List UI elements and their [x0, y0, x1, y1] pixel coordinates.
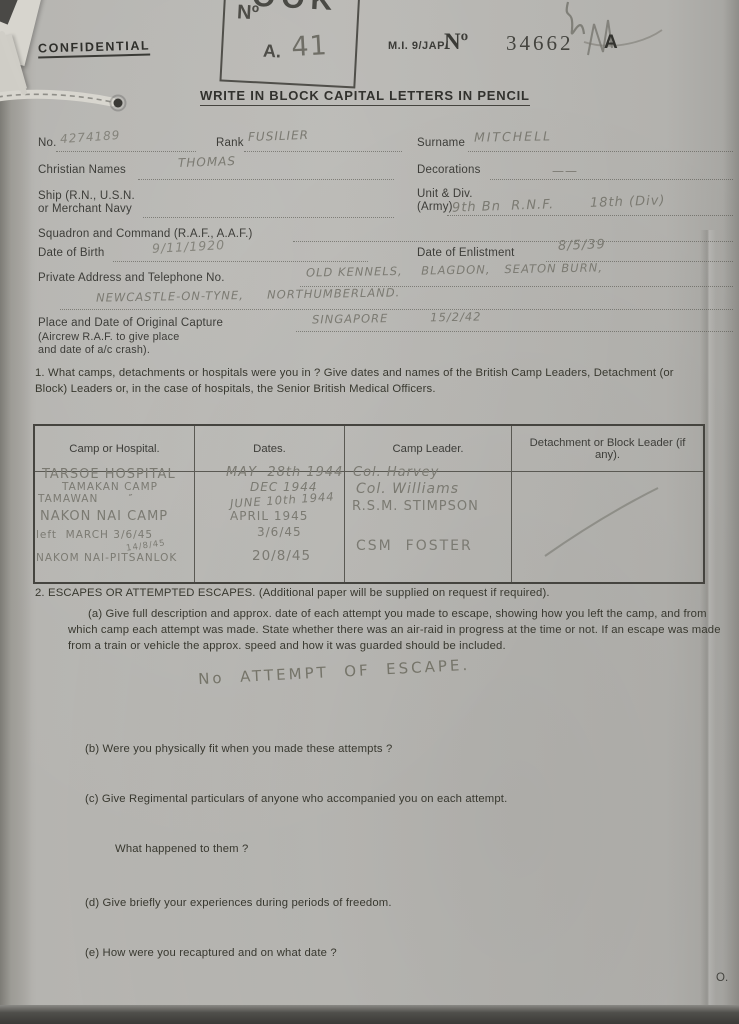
leader-entry: CSM FOSTER — [356, 538, 473, 554]
camp-entry: TAMAWAN ″ — [38, 493, 134, 505]
question-2b: (b) Were you physically fit when you mad… — [85, 742, 685, 758]
date-entry: MAY 28th 1944 — [226, 465, 343, 480]
confidential-marking: CONFIDENTIAL — [38, 39, 151, 59]
question-2c-followup: What happened to them ? — [115, 842, 515, 858]
stamp-number-handwritten: 41 — [291, 30, 329, 63]
address-value-line1: OLD KENNELS, BLAGDON, SEATON BURN, — [306, 260, 603, 279]
string-frayed-end — [2, 34, 24, 92]
confidential-text: CONFIDENTIAL — [38, 39, 151, 56]
torn-corner-paper-2 — [0, 34, 27, 97]
camp-entry: NAKON NAI CAMP — [40, 509, 168, 524]
date-of-birth-value: 9/11/1920 — [152, 237, 226, 256]
pencil-scribble-icon — [567, 2, 584, 34]
decorations-label: Decorations — [417, 164, 481, 176]
date-of-enlistment-value: 8/5/39 — [558, 237, 606, 254]
capture-value: SINGAPORE 15/2/42 — [312, 310, 482, 327]
rank-value: FUSILIER — [248, 128, 309, 144]
bottom-scan-band — [0, 1005, 739, 1024]
unit-div-label-line2: (Army) — [417, 201, 453, 213]
page-corner-mark: O. — [716, 972, 728, 984]
date-entry: 20/8/45 — [252, 548, 311, 564]
address-value-line2: NEWCASTLE-ON-TYNE, NORTHUMBERLAND. — [96, 285, 400, 304]
left-edge-shadow — [0, 0, 32, 1024]
question-2-heading: 2. ESCAPES OR ATTEMPTED ESCAPES. (Additi… — [35, 586, 705, 602]
pow-questionnaire-scan: CONFIDENTIAL Nº A. 41 OOK M.I. 9/JAP/ Nº… — [0, 0, 739, 1024]
date-entry: 3/6/45 — [257, 525, 302, 539]
capture-note-line1: (Aircrew R.A.F. to give place — [38, 331, 179, 343]
date-of-enlistment-label: Date of Enlistment — [417, 247, 515, 259]
string — [0, 94, 112, 102]
camp-entry: NAKOM NAI-PITSANLOK — [36, 552, 177, 564]
question-1: 1. What camps, detachments or hospitals … — [35, 366, 707, 398]
torn-corner-dark-notch — [0, 0, 19, 25]
no-label: No. — [38, 137, 57, 149]
punch-hole — [114, 99, 123, 108]
capture-note-line2: and date of a/c crash). — [38, 344, 150, 356]
col-header-camp: Camp or Hospital. — [35, 426, 195, 472]
ship-label-line1: Ship (R.N., U.S.N. — [38, 190, 135, 202]
camp-entry: TARSOE HOSPITAL — [42, 467, 176, 482]
right-edge-shadow — [723, 0, 739, 1024]
capture-label: Place and Date of Original Capture — [38, 317, 223, 329]
date-entry: APRIL 1945 — [230, 509, 308, 523]
question-2a: (a) Give full description and approx. da… — [68, 607, 724, 654]
christian-names-value: THOMAS — [178, 154, 236, 170]
decorations-value: —— — [552, 164, 578, 178]
christian-names-label: Christian Names — [38, 164, 126, 176]
file-no-symbol: Nº — [444, 29, 468, 55]
file-suffix: A — [604, 32, 618, 54]
date-of-birth-label: Date of Birth — [38, 247, 105, 259]
leader-entry: Col. Williams — [356, 481, 459, 497]
question-2c: (c) Give Regimental particulars of anyon… — [85, 792, 685, 808]
question-2d: (d) Give briefly your experiences during… — [85, 896, 685, 912]
camp-entry: left MARCH 3/6/45 — [36, 529, 153, 541]
unit-div-value: 9th Bn R.N.F. 18th (Div) — [452, 193, 666, 215]
pencil-scribble-curve — [584, 30, 662, 46]
ship-label-line2: or Merchant Navy — [38, 203, 132, 215]
form-title-text: WRITE IN BLOCK CAPITAL LETTERS IN PENCIL — [200, 88, 530, 103]
col-header-detachment: Detachment or Block Leader (if any). — [512, 426, 703, 472]
camp-entry: TAMAKAN CAMP — [62, 481, 158, 493]
surname-value: MITCHELL — [474, 128, 552, 144]
punch-hole-ring — [111, 96, 126, 111]
rank-label: Rank — [216, 137, 244, 149]
form-title: WRITE IN BLOCK CAPITAL LETTERS IN PENCIL — [200, 88, 530, 106]
file-number: 34662 — [506, 31, 574, 56]
detachment-column-body — [512, 472, 703, 582]
stamp-a-label: A. — [263, 41, 282, 63]
string-twist — [0, 94, 112, 102]
torn-corner-paper — [0, 0, 42, 66]
question-2e: (e) How were you recaptured and on what … — [85, 946, 685, 962]
no-value: 4274189 — [60, 128, 121, 146]
unit-div-label-line1: Unit & Div. — [417, 188, 473, 200]
private-address-label: Private Address and Telephone No. — [38, 272, 225, 284]
leader-entry: Col. Harvey — [353, 465, 439, 480]
leader-entry: R.S.M. STIMPSON — [352, 499, 479, 514]
escape-answer-handwritten: No ATTEMPT OF ESCAPE. — [198, 656, 471, 688]
surname-label: Surname — [417, 137, 465, 149]
mi-reference: M.I. 9/JAP/ — [388, 40, 449, 52]
